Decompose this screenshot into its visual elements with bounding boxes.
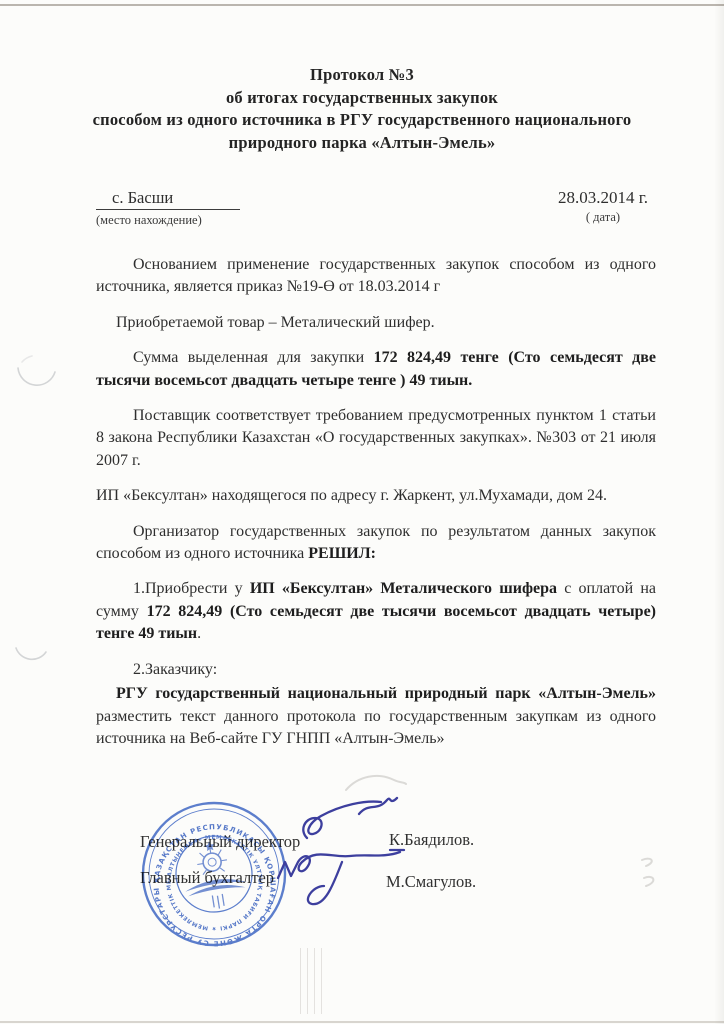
customer-text-normal: разместить текст данного протокола по го… <box>96 708 656 747</box>
date-block: 28.03.2014 г. ( дата) <box>558 188 648 225</box>
paragraph-organizer: Организатор государственных закупок по р… <box>96 521 656 566</box>
location-caption: (место нахождение) <box>96 213 240 228</box>
paragraph-basis: Основанием применение государственных за… <box>96 254 656 299</box>
decision1-seg5: . <box>197 625 201 642</box>
date-value: 28.03.2014 г. <box>558 188 648 208</box>
title-line-4: природного парка «Алтын-Эмель» <box>62 132 662 155</box>
decision1-seg1: 1.Приобрести у <box>133 580 250 597</box>
organizer-text-bold: РЕШИЛ: <box>308 545 376 562</box>
basis-text: Основанием применение государственных за… <box>96 256 656 295</box>
paragraph-supplier-address: ИП «Бексултан» находящегося по адресу г.… <box>96 485 656 507</box>
customer-text-bold: РГУ государственный национальный природн… <box>116 685 656 702</box>
document-title: Протокол №3 об итогах государственных за… <box>62 64 662 154</box>
paragraph-sum: Сумма выделенная для закупки 172 824,49 … <box>96 347 656 392</box>
paragraph-product: Приобретаемой товар – Металический шифер… <box>96 312 656 334</box>
scan-right-shadow <box>714 0 724 1024</box>
date-caption: ( дата) <box>558 210 648 225</box>
stamp-outer-ring-text: ҚАЗАҚСТАН РЕСПУБЛИКАСЫ ҚОРШАҒАН ОРТА ЖӘН… <box>128 788 286 959</box>
organizer-text-normal: Организатор государственных закупок по р… <box>96 523 656 562</box>
title-line-2: об итогах государственных закупок <box>62 87 662 110</box>
pencil-smudge-top <box>344 770 408 798</box>
supplier-text: Поставщик соответствует требованием пред… <box>96 407 656 469</box>
paragraph-decision-1: 1.Приобрести у ИП «Бексултан» Металическ… <box>96 578 656 645</box>
scan-top-edge <box>0 4 724 6</box>
pencil-smudge-right <box>636 852 664 892</box>
supplier-address-text: ИП «Бексултан» находящегося по адресу г.… <box>96 487 607 504</box>
paragraph-supplier: Поставщик соответствует требованием пред… <box>96 405 656 472</box>
decision2-text: 2.Заказчику: <box>133 661 217 678</box>
paragraph-customer: РГУ государственный национальный природн… <box>96 683 656 750</box>
decision1-seg2: ИП «Бексултан» Металического шифера <box>250 580 557 597</box>
document-body: Основанием применение государственных за… <box>96 254 656 763</box>
title-line-3: способом из одного источника в РГУ госуд… <box>62 109 662 132</box>
decision1-seg4: 172 824,49 (Сто семьдесят две тысячи вос… <box>96 603 656 642</box>
sum-text-normal: Сумма выделенная для закупки <box>133 349 374 366</box>
stamp-outer-ring-text-holder: ҚАЗАҚСТАН РЕСПУБЛИКАСЫ ҚОРШАҒАН ОРТА ЖӘН… <box>128 788 286 959</box>
title-line-1: Протокол №3 <box>62 64 662 87</box>
hole-punch-mark-top <box>12 350 60 398</box>
location-value: с. Басши <box>96 188 240 210</box>
scanned-document-page: Протокол №3 об итогах государственных за… <box>0 0 724 1024</box>
paragraph-decision-2: 2.Заказчику: <box>96 659 656 681</box>
location-block: с. Басши (место нахождение) <box>96 188 240 228</box>
product-text: Приобретаемой товар – Металический шифер… <box>116 314 435 331</box>
accountant-signature <box>272 840 412 918</box>
scan-bottom-edge <box>0 1021 724 1023</box>
hole-punch-mark-bottom <box>8 636 52 680</box>
scan-streak-artifact <box>300 948 322 1014</box>
